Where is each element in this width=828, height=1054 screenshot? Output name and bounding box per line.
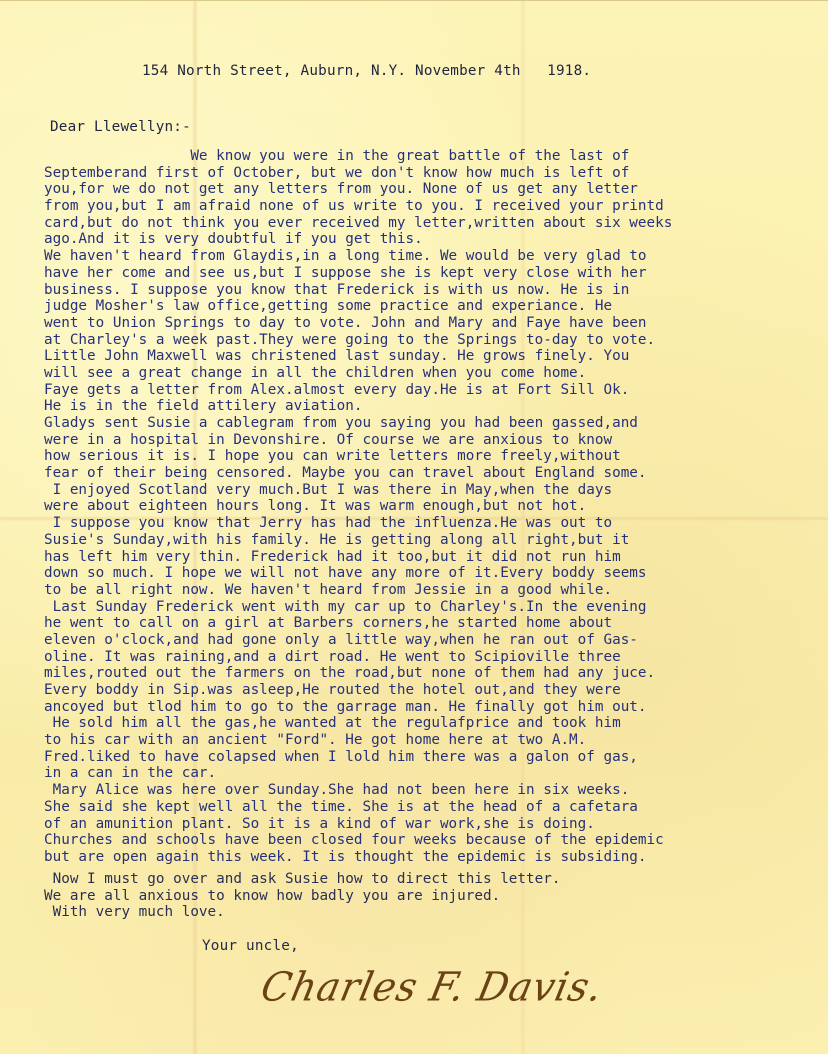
handwritten-signature: Charles F. Davis. bbox=[257, 964, 607, 1010]
text-line: from you,but I am afraid none of us writ… bbox=[44, 198, 672, 215]
text-line: miles,routed out the farmers on the road… bbox=[44, 665, 672, 682]
letter-body: We know you were in the great battle of … bbox=[44, 148, 672, 866]
text-line: ancoyed but tlod him to go to the garrag… bbox=[44, 699, 672, 716]
text-line: Faye gets a letter from Alex.almost ever… bbox=[44, 382, 672, 399]
text-line: has left him very thin. Frederick had it… bbox=[44, 549, 672, 566]
text-line: down so much. I hope we will not have an… bbox=[44, 565, 672, 582]
text-line: card,but do not think you ever received … bbox=[44, 215, 672, 232]
text-line: were in a hospital in Devonshire. Of cou… bbox=[44, 432, 672, 449]
text-line: ago.And it is very doubtful if you get t… bbox=[44, 231, 672, 248]
text-line: eleven o'clock,and had gone only a littl… bbox=[44, 632, 672, 649]
text-line: Every boddy in Sip.was asleep,He routed … bbox=[44, 682, 672, 699]
text-line: in a can in the car. bbox=[44, 765, 672, 782]
text-line: She said she kept well all the time. She… bbox=[44, 799, 672, 816]
text-line: I suppose you know that Jerry has had th… bbox=[44, 515, 672, 532]
text-line: of an amunition plant. So it is a kind o… bbox=[44, 816, 672, 833]
text-line: We haven't heard from Glaydis,in a long … bbox=[44, 248, 672, 265]
text-line: Gladys sent Susie a cablegram from you s… bbox=[44, 415, 672, 432]
text-line: were about eighteen hours long. It was w… bbox=[44, 498, 672, 515]
text-line: Mary Alice was here over Sunday.She had … bbox=[44, 782, 672, 799]
text-line: he went to call on a girl at Barbers cor… bbox=[44, 615, 672, 632]
text-line: We are all anxious to know how badly you… bbox=[44, 888, 560, 905]
text-line: to his car with an ancient "Ford". He go… bbox=[44, 732, 672, 749]
text-line: went to Union Springs to day to vote. Jo… bbox=[44, 315, 672, 332]
text-line: Septemberand first of October, but we do… bbox=[44, 165, 672, 182]
text-line: With very much love. bbox=[44, 904, 560, 921]
text-line: you,for we do not get any letters from y… bbox=[44, 181, 672, 198]
text-line: Susie's Sunday,with his family. He is ge… bbox=[44, 532, 672, 549]
address-date-line: 154 North Street, Auburn, N.Y. November … bbox=[142, 63, 591, 79]
text-line: but are open again this week. It is thou… bbox=[44, 849, 672, 866]
text-line: We know you were in the great battle of … bbox=[44, 148, 672, 165]
text-line: Churches and schools have been closed fo… bbox=[44, 832, 672, 849]
text-line: oline. It was raining,and a dirt road. H… bbox=[44, 649, 672, 666]
text-line: have her come and see us,but I suppose s… bbox=[44, 265, 672, 282]
text-line: judge Mosher's law office,getting some p… bbox=[44, 298, 672, 315]
salutation: Dear Llewellyn:- bbox=[50, 119, 191, 135]
letter-closing: Now I must go over and ask Susie how to … bbox=[44, 871, 560, 921]
text-line: Fred.liked to have colapsed when I lold … bbox=[44, 749, 672, 766]
text-line: He is in the field attilery aviation. bbox=[44, 398, 672, 415]
text-line: fear of their being censored. Maybe you … bbox=[44, 465, 672, 482]
text-line: Little John Maxwell was christened last … bbox=[44, 348, 672, 365]
text-line: how serious it is. I hope you can write … bbox=[44, 448, 672, 465]
text-line: Now I must go over and ask Susie how to … bbox=[44, 871, 560, 888]
text-line: to be all right now. We haven't heard fr… bbox=[44, 582, 672, 599]
text-line: at Charley's a week past.They were going… bbox=[44, 332, 672, 349]
letter-page: 154 North Street, Auburn, N.Y. November … bbox=[0, 0, 828, 1054]
text-line: will see a great change in all the child… bbox=[44, 365, 672, 382]
text-line: business. I suppose you know that Freder… bbox=[44, 282, 672, 299]
text-line: Last Sunday Frederick went with my car u… bbox=[44, 599, 672, 616]
text-line: He sold him all the gas,he wanted at the… bbox=[44, 715, 672, 732]
text-line: I enjoyed Scotland very much.But I was t… bbox=[44, 482, 672, 499]
signoff: Your uncle, bbox=[202, 938, 299, 954]
